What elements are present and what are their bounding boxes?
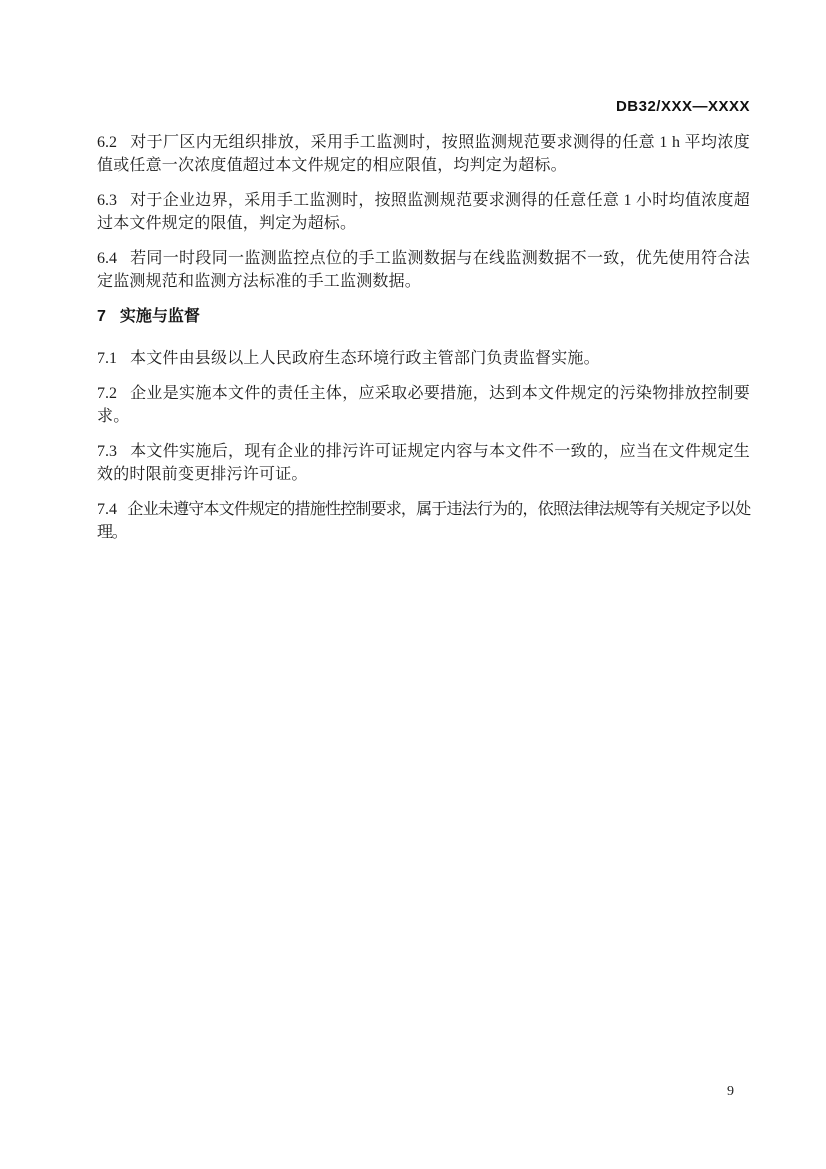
clause-text: 本文件实施后，现有企业的排污许可证规定内容与本文件不一致的，应当在文件规定生效的… <box>97 443 750 483</box>
clause-7-3: 7.3本文件实施后，现有企业的排污许可证规定内容与本文件不一致的，应当在文件规定… <box>97 440 750 486</box>
document-page: DB32/XXX—XXXX 6.2对于厂区内无组织排放，采用手工监测时，按照监测… <box>0 0 826 1169</box>
clause-text: 若同一时段同一监测监控点位的手工监测数据与在线监测数据不一致，优先使用符合法定监… <box>97 250 750 290</box>
clause-text: 本文件由县级以上人民政府生态环境行政主管部门负责监督实施。 <box>130 350 600 367</box>
clause-7-4: 7.4企业未遵守本文件规定的措施性控制要求，属于违法行为的，依照法律法规等有关规… <box>97 498 750 544</box>
clause-6-4: 6.4若同一时段同一监测监控点位的手工监测数据与在线监测数据不一致，优先使用符合… <box>97 247 750 293</box>
clause-number: 6.2 <box>97 131 117 154</box>
clause-number: 7.3 <box>97 440 117 463</box>
clause-text: 企业未遵守本文件规定的措施性控制要求，属于违法行为的，依照法律法规等有关规定予以… <box>97 501 750 541</box>
clause-7-1: 7.1本文件由县级以上人民政府生态环境行政主管部门负责监督实施。 <box>97 347 750 370</box>
clause-6-3: 6.3对于企业边界，采用手工监测时，按照监测规范要求测得的任意任意 1 小时均值… <box>97 189 750 235</box>
clause-number: 7.2 <box>97 382 117 405</box>
clause-number: 6.3 <box>97 189 117 212</box>
section-7-heading: 7实施与监督 <box>97 305 750 328</box>
document-body: 6.2对于厂区内无组织排放，采用手工监测时，按照监测规范要求测得的任意 1 h … <box>97 131 750 556</box>
clause-number: 7.1 <box>97 347 117 370</box>
clause-number: 6.4 <box>97 247 117 270</box>
clause-text: 对于企业边界，采用手工监测时，按照监测规范要求测得的任意任意 1 小时均值浓度超… <box>97 192 750 232</box>
clause-number: 7.4 <box>97 498 117 521</box>
clause-7-2: 7.2企业是实施本文件的责任主体，应采取必要措施，达到本文件规定的污染物排放控制… <box>97 382 750 428</box>
section-title: 实施与监督 <box>120 308 200 325</box>
clause-text: 企业是实施本文件的责任主体，应采取必要措施，达到本文件规定的污染物排放控制要求。 <box>97 385 750 425</box>
page-number: 9 <box>727 1083 734 1100</box>
clause-6-2: 6.2对于厂区内无组织排放，采用手工监测时，按照监测规范要求测得的任意 1 h … <box>97 131 750 177</box>
clause-text: 对于厂区内无组织排放，采用手工监测时，按照监测规范要求测得的任意 1 h 平均浓… <box>97 134 750 174</box>
section-number: 7 <box>97 305 106 328</box>
document-code: DB32/XXX—XXXX <box>616 98 750 115</box>
